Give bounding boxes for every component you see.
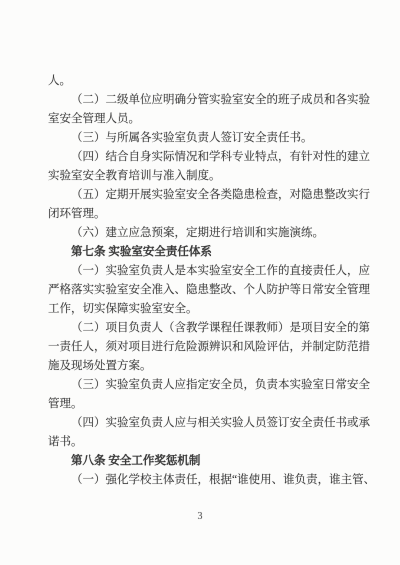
text-line: 管理。 xyxy=(48,395,370,414)
text-line: （三）实验室负责人应指定安全员，负责本实验室日常安全 xyxy=(48,376,370,395)
text-line: （四）结合自身实际情况和学科专业特点，有针对性的建立 xyxy=(48,148,370,167)
text-line: （一）实验室负责人是本实验室安全工作的直接责任人，应 xyxy=(48,262,370,281)
text-line: 人。 xyxy=(48,72,370,91)
text-line: 严格落实实验室安全准入、隐患整改、个人防护等日常安全管理 xyxy=(48,281,370,300)
text-line: （六）建立应急预案，定期进行培训和实施演练。 xyxy=(48,224,370,243)
text-line: 工作，切实保障实验室安全。 xyxy=(48,300,370,319)
text-line: 诺书。 xyxy=(48,433,370,452)
text-line: 实验室安全教育培训与准入制度。 xyxy=(48,167,370,186)
text-line: （二）项目负责人（含教学课程任课教师）是项目安全的第 xyxy=(48,319,370,338)
page-number: 3 xyxy=(0,511,400,522)
text-line: （四）实验室负责人应与相关实验人员签订安全责任书或承 xyxy=(48,414,370,433)
text-line: 第八条 安全工作奖惩机制 xyxy=(48,452,370,471)
document-text: 人。（二）二级单位应明确分管实验室安全的班子成员和各实验室安全管理人员。（三）与… xyxy=(48,72,370,490)
text-line: （一）强化学校主体责任，根据“谁使用、谁负责，谁主管、 xyxy=(48,471,370,490)
text-line: 第七条 实验室安全责任体系 xyxy=(48,243,370,262)
text-line: （二）二级单位应明确分管实验室安全的班子成员和各实验 xyxy=(48,91,370,110)
text-line: 室安全管理人员。 xyxy=(48,110,370,129)
text-line: 施及现场处置方案。 xyxy=(48,357,370,376)
text-line: （三）与所属各实验室负责人签订安全责任书。 xyxy=(48,129,370,148)
text-line: （五）定期开展实验室安全各类隐患检查，对隐患整改实行 xyxy=(48,186,370,205)
text-line: 闭环管理。 xyxy=(48,205,370,224)
text-line: 一责任人，须对项目进行危险源辨识和风险评估，并制定防范措 xyxy=(48,338,370,357)
document-page: 人。（二）二级单位应明确分管实验室安全的班子成员和各实验室安全管理人员。（三）与… xyxy=(0,0,400,565)
